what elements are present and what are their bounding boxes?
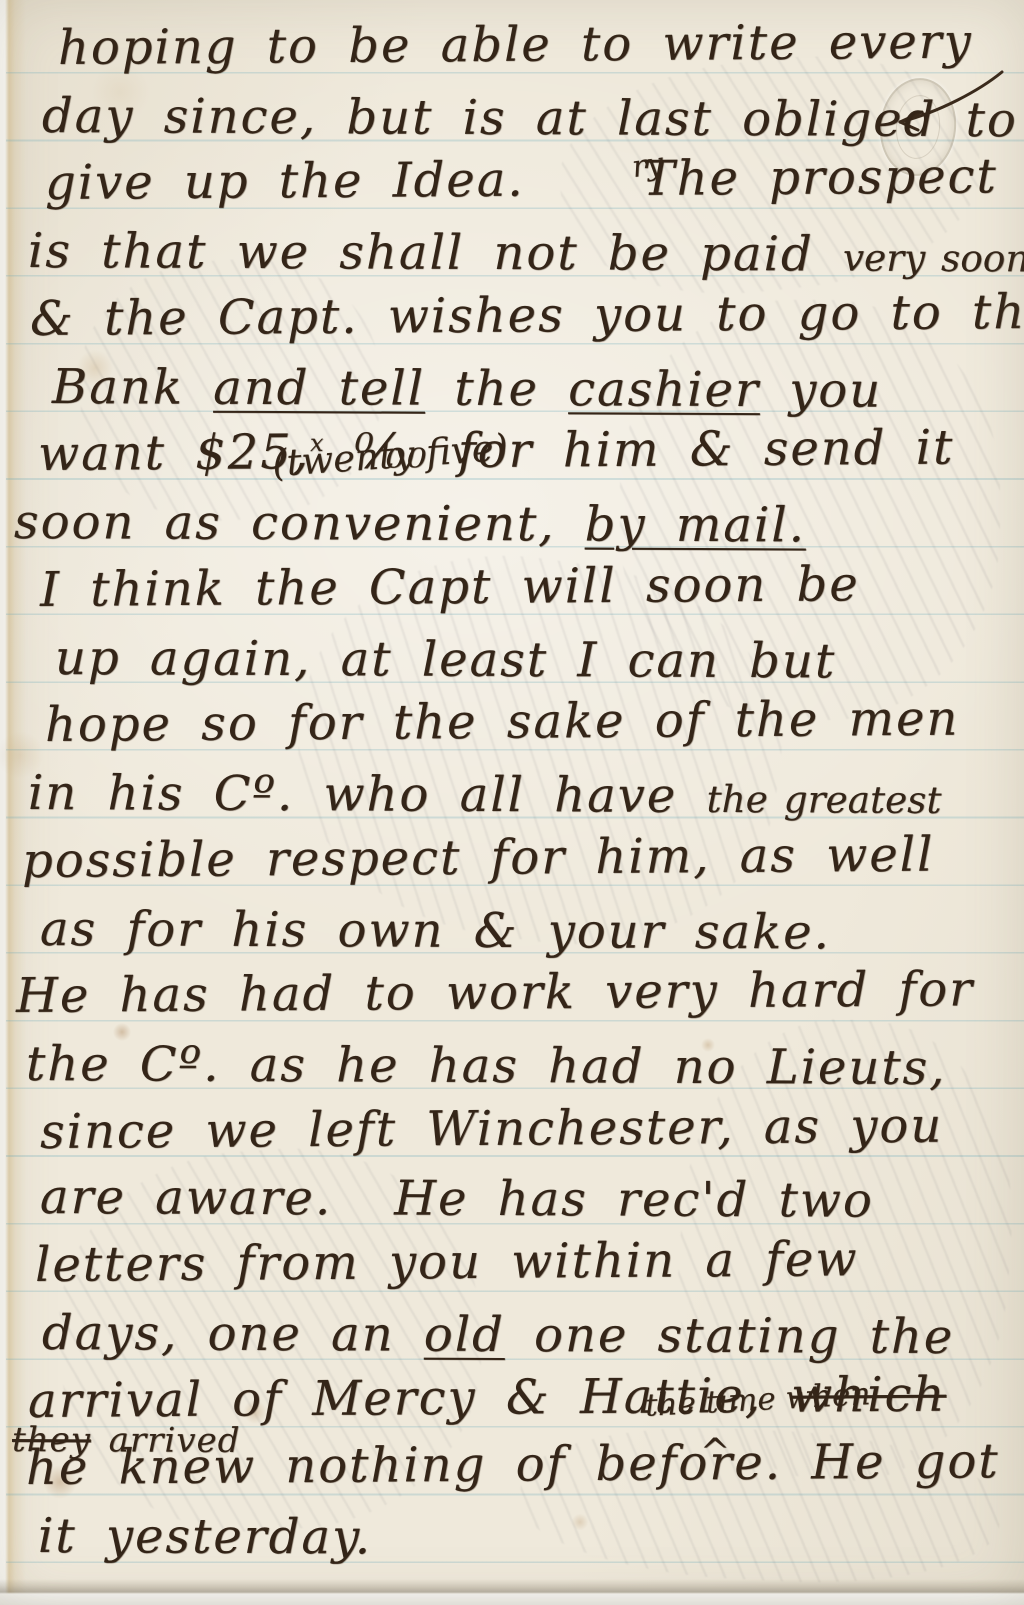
letter-line: day since, but is at last obliged to <box>42 88 1018 148</box>
text-segment: Bank <box>52 359 213 416</box>
text-segment: letters from you within a few <box>35 1231 859 1293</box>
text-segment: want $25, <box>38 424 310 482</box>
text-segment: soon as convenient, <box>14 494 585 552</box>
text-segment: days, one an <box>42 1305 424 1363</box>
letter-line: the Cº. as he has had no Lieuts, <box>26 1036 947 1096</box>
text-segment: the <box>425 361 568 418</box>
text-segment: up again, at least I can but <box>55 630 836 689</box>
text-segment: He has rec'd two <box>394 1171 874 1229</box>
letter-line: days, one an old one stating the <box>42 1305 955 1365</box>
letter-line: it yesterday. <box>38 1508 372 1565</box>
letter-body: hoping to be able to write every day sin… <box>0 0 1024 1605</box>
text-segment: hoping to be able to write every <box>58 14 973 76</box>
text-segment: give up the Idea. <box>45 152 525 211</box>
text-segment: since we left Winchester, as you <box>40 1098 944 1160</box>
text-segment: by mail. <box>585 496 806 553</box>
letter-line: I think the Capt will soon be <box>40 556 860 618</box>
letter-line: give up the Idea.The prospect <box>45 148 998 211</box>
text-segment: you <box>760 362 882 419</box>
text-segment: cashier <box>568 361 760 418</box>
text-segment: The prospect <box>642 148 997 206</box>
text-segment: it yesterday. <box>38 1508 372 1565</box>
text-segment: very soon <box>843 236 1024 281</box>
letter-line: possible respect for him, as well <box>22 827 935 889</box>
text-segment: are aware. <box>40 1169 332 1226</box>
text-segment: & the Capt. wishes you to go to the <box>30 284 1024 347</box>
letter-line: in his Cº. who all have the greatest <box>28 765 942 825</box>
letter-line: up again, at least I can but <box>55 630 836 689</box>
text-segment: in his Cº. who all have <box>28 765 707 824</box>
letter-line: are aware.He has rec'd two <box>40 1169 874 1229</box>
letter-line: soon as convenient, by mail. <box>14 494 806 553</box>
letter-page: hoping to be able to write every day sin… <box>0 0 1024 1605</box>
text-segment: I think the Capt will soon be <box>40 556 860 618</box>
letter-line: He has had to work very hard for <box>16 961 974 1024</box>
text-segment: hope so for the sake of the men <box>45 691 960 753</box>
text-segment: one stating the <box>505 1307 955 1365</box>
letter-line: is that we shall not be paid very soon <box>28 223 1024 283</box>
text-segment: possible respect for him, as well <box>22 827 935 889</box>
letter-line: as for his own & your sake. <box>40 901 831 960</box>
insertion-caret: ^ <box>700 1432 730 1473</box>
text-segment: and tell <box>213 360 425 417</box>
letter-line: letters from you within a few <box>35 1231 859 1293</box>
text-segment: day since, but is at last obliged to <box>42 88 1018 148</box>
text-segment: he knew nothing of before. He got <box>26 1433 1000 1496</box>
insertion-ry: ry <box>630 146 666 185</box>
text-segment: the greatest <box>706 777 941 822</box>
text-segment: He has had to work very hard for <box>16 961 974 1024</box>
letter-line: Bank and tell the cashier you <box>52 359 882 419</box>
text-segment: is that we shall not be paid <box>28 223 843 283</box>
text-segment: old <box>424 1307 505 1363</box>
paper-bottom-edge <box>0 1579 1024 1605</box>
letter-line: hoping to be able to write every <box>58 14 973 76</box>
text-segment: the Cº. as he has had no Lieuts, <box>26 1036 947 1096</box>
text-segment: as for his own & your sake. <box>40 901 831 960</box>
letter-line: he knew nothing of before. He got <box>26 1433 1000 1496</box>
letter-line: hope so for the sake of the men <box>45 691 960 753</box>
letter-line: since we left Winchester, as you <box>40 1098 944 1160</box>
letter-line: & the Capt. wishes you to go to the <box>30 284 1024 347</box>
